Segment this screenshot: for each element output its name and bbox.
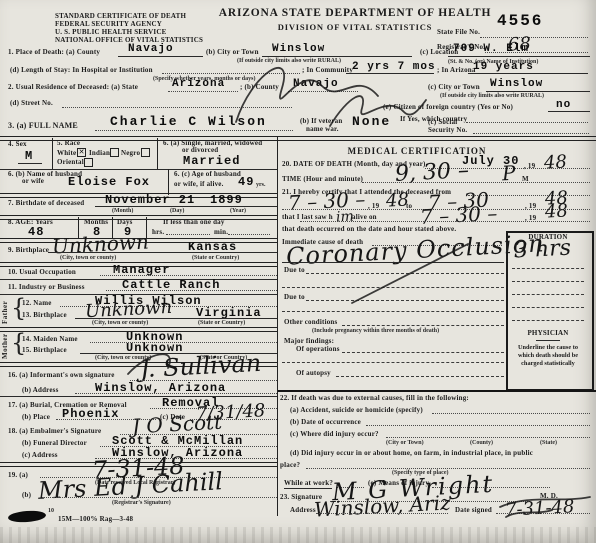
page-title: ARIZONA STATE DEPARTMENT OF HEALTH [190, 8, 520, 20]
checkbox-negro [141, 148, 150, 157]
injury-occur-label: (d) Did injury occur in or about home, o… [290, 450, 533, 457]
embalmer-signature-handwritten: J O Scott [132, 412, 223, 437]
residence-label: 2. Usual Residence of Deceased: (a) Stat… [8, 84, 138, 91]
major-findings-label: Major findings: [284, 338, 334, 345]
field-line [512, 294, 584, 295]
field-line [18, 163, 42, 164]
informant-signature-handwritten: J. Sullivan [139, 351, 261, 381]
field-line [62, 107, 292, 108]
field-line [466, 122, 588, 123]
date-signed-label: Date signed [455, 507, 492, 514]
citizen-label: (e) Citizen of foreign country (Yes or N… [383, 104, 513, 111]
birthdate-year-value: 1899 [210, 194, 243, 206]
length-of-stay-label: (d) Length of Stay: In Hospital or Insti… [10, 67, 153, 74]
rural-note: (If outside city limits also write RURAL… [440, 93, 544, 99]
field-line [48, 252, 277, 253]
cell-divider [52, 138, 53, 169]
field-line [282, 362, 504, 363]
field-line [75, 393, 277, 394]
industry-label: 11. Industry or Business [8, 284, 85, 291]
field-line [342, 325, 504, 326]
divider [0, 396, 277, 397]
state-file-label: State File No. [437, 29, 480, 36]
field-line [288, 91, 358, 92]
county-value: Navajo [128, 44, 174, 55]
other-conditions-label: Other conditions [284, 319, 337, 326]
last-saw-year-handwritten: 48 [545, 202, 569, 221]
field-line [386, 437, 590, 438]
mother-side-label: Mother [1, 333, 9, 359]
field-line [512, 268, 584, 269]
field-line [432, 413, 590, 414]
embalmer-signature-label: 18. (a) Embalmer's Signature [8, 428, 101, 435]
physician-note: Underline the cause to which death shoul… [510, 344, 586, 368]
field-line [300, 221, 590, 222]
day-note: (Day) [170, 208, 184, 214]
city-label: (b) City or Town [206, 49, 259, 56]
field-line [496, 513, 590, 514]
field-line [512, 320, 584, 321]
column-divider [277, 136, 278, 516]
year-note: (Year) [230, 208, 246, 214]
funeral-address-label: (c) Address [22, 452, 58, 459]
state-note: (State or Country) [192, 255, 239, 261]
residence-city-value: Winslow [490, 79, 543, 90]
field-line [90, 342, 277, 343]
of-autopsy-label: Of autopsy [296, 370, 331, 377]
cell-divider [168, 169, 169, 195]
printers-union-stamp-icon [8, 510, 47, 524]
death-certificate-scan: STANDARD CERTIFICATE OF DEATH FEDERAL SE… [0, 0, 596, 543]
mother-maiden-label: 14. Maiden Name [22, 336, 78, 343]
field-line [282, 287, 504, 288]
external-causes-label: 22. If death was due to external causes,… [280, 395, 469, 402]
race-label: 5. Race [57, 140, 80, 147]
field-line [512, 307, 584, 308]
ssn-label: Security No. [428, 127, 467, 134]
veteran-label: name war. [306, 126, 339, 133]
field-line [486, 91, 590, 92]
birthdate-label: 7. Birthdate of deceased [8, 200, 84, 207]
checkbox-oriental [84, 158, 93, 167]
field-line [548, 111, 590, 112]
hrs-label: hrs. [152, 229, 164, 236]
where-injury-label: (c) Where did injury occur? [290, 431, 379, 438]
race-option-negro: Negro [121, 150, 140, 157]
field-line [166, 234, 210, 235]
spouse-value: Eloise Fox [68, 176, 150, 188]
funeral-director-label: (b) Funeral Director [22, 440, 87, 447]
field-line [162, 73, 300, 74]
city-note: (City, town or county) [60, 255, 116, 261]
full-name-value: Charlie C Wilson [110, 115, 267, 128]
citizen-value: no [556, 100, 571, 111]
veteran-value: None [352, 115, 391, 128]
time-ampm-handwritten: P [501, 163, 515, 184]
physician-label: PHYSICIAN [508, 330, 588, 337]
checkbox-indian [110, 148, 119, 157]
field-line [473, 133, 589, 134]
ssn-label: (c) Social [428, 119, 457, 126]
cell-divider [157, 138, 158, 169]
pregnancy-note: (Include pregnancy within three months o… [312, 328, 439, 334]
race-option-indian: Indian [89, 150, 110, 157]
last-saw-label: that I last saw h [282, 214, 333, 221]
date-of-death-year-handwritten: 48 [544, 153, 568, 172]
occupation-label: 10. Usual Occupation [8, 269, 76, 276]
physician-address-label: Address [290, 507, 316, 514]
checkbox-white-checked: ✕ [77, 148, 86, 157]
state-note: (State or Country) [198, 320, 245, 326]
race-option-white: White [57, 150, 76, 157]
field-line [284, 488, 332, 489]
state-note: (State) [540, 440, 557, 446]
date-received-label: 19. (a) [8, 472, 28, 479]
yrs-note: yrs. [256, 182, 266, 188]
mother-birthplace-label: 15. Birthplace [22, 347, 67, 354]
physician-address-handwritten: Winslow, Ariz [314, 492, 451, 519]
race-option-oriental: Oriental [57, 159, 84, 166]
date-signed-handwritten: 7-31-48 [505, 498, 575, 520]
city-value: Winslow [272, 44, 325, 55]
location-value: 709 W. Elm [453, 44, 529, 55]
agency-line: FEDERAL SECURITY AGENCY [55, 21, 162, 28]
marital-label: or divorced [182, 147, 218, 154]
veteran-label: (b) If veteran [300, 118, 342, 125]
informant-address-label: (b) Address [22, 387, 59, 394]
field-line [480, 37, 588, 38]
field-line [512, 281, 584, 282]
county-note: (County) [470, 440, 493, 446]
spouse-age-label: 6. (c) Age of husband [174, 171, 241, 178]
field-line [536, 340, 560, 341]
father-side-label: Father [1, 298, 9, 324]
rural-note: (If outside city limits also write RURAL… [237, 58, 341, 64]
field-line [100, 275, 277, 276]
father-birthplace-label: 13. Birthplace [22, 312, 67, 319]
street-no-label: (d) Street No. [10, 100, 53, 107]
field-line [468, 73, 588, 74]
field-line [262, 56, 412, 57]
place-of-death-label: 1. Place of Death: (a) County [8, 49, 100, 56]
registrar-sig-note: (Registrar's Signature) [112, 500, 171, 506]
spouse-age-label: or wife, if alive. [174, 181, 224, 188]
sex-label: 4. Sex [8, 141, 27, 148]
of-operations-label: Of operations [296, 346, 340, 353]
print-code: 15M—100% Rag—3-48 [58, 516, 133, 523]
city-town-note: (City or Town) [386, 440, 424, 446]
duration-value-handwritten: 3 hrs [513, 238, 571, 263]
father-name-label: 12. Name [22, 300, 52, 307]
field-line [228, 234, 270, 235]
due-to-label: Due to [284, 294, 305, 301]
marital-value: Married [183, 155, 240, 167]
full-name-label: 3. (a) FULL NAME [8, 122, 78, 130]
stamp-number: 10 [48, 508, 54, 514]
less-than-day-label: If less than one day [163, 219, 225, 226]
time-of-death-label: TIME (Hour and minute) [282, 176, 363, 183]
residence-county-label: ; (b) County [240, 84, 279, 91]
month-note: (Month) [112, 208, 133, 214]
field-line [366, 425, 590, 426]
informant-signature-label: 16. (a) Informant's own signature [8, 372, 115, 379]
field-line [336, 376, 504, 377]
residence-state-value: Arizona [172, 79, 225, 90]
field-line [316, 513, 448, 514]
field-line [168, 91, 238, 92]
alive-on-label: alive on [352, 214, 377, 221]
field-line [306, 300, 504, 301]
death-occurred-label: that death occurred on the date and hour… [282, 226, 456, 233]
field-line [95, 130, 293, 131]
burial-place-label: (b) Place [22, 414, 50, 421]
divider [278, 390, 596, 392]
place-label: place? [280, 462, 300, 469]
field-line [282, 311, 504, 312]
birthplace-label: 9. Birthplace [8, 247, 49, 254]
city-note: (City, town or county) [92, 320, 148, 326]
divider [0, 136, 596, 141]
birthdate-monthday-value: November 21 [105, 194, 195, 206]
while-at-work-label: While at work? [284, 480, 333, 487]
accident-label: (a) Accident, suicide or homicide (speci… [290, 407, 423, 414]
due-to-label: Due to [284, 267, 305, 274]
field-line [282, 262, 504, 263]
residence-county-value: Navajo [293, 79, 339, 90]
residence-city-label: (c) City or Town [428, 84, 480, 91]
min-label: min. [214, 229, 228, 236]
agency-line: U. S. PUBLIC HEALTH SERVICE [55, 29, 166, 36]
field-line [346, 73, 434, 74]
occurrence-date-label: (b) Date of occurrence [290, 419, 361, 426]
field-line [362, 182, 590, 183]
field-line [106, 290, 277, 291]
last-saw-date-handwritten: 7 – 30 – [420, 203, 498, 227]
spouse-label: or wife [22, 178, 44, 185]
age-years-value: 48 [28, 226, 44, 238]
field-line [118, 56, 203, 57]
field-line [306, 468, 590, 469]
arizona-stay-value: 19 years [473, 62, 534, 73]
registrar-signature-label: (b) [22, 492, 31, 499]
field-line [40, 497, 277, 498]
field-line [75, 318, 277, 319]
field-line [342, 352, 504, 353]
sex-value: M [25, 150, 33, 162]
community-stay-value: 2 yrs 7 mos [352, 62, 436, 73]
field-line [448, 56, 590, 57]
state-file-number: 4556 [497, 13, 543, 29]
agency-line: STANDARD CERTIFICATE OF DEATH [55, 13, 186, 20]
field-line [95, 206, 277, 207]
spouse-age-value: 49 [238, 176, 254, 188]
field-line [306, 273, 504, 274]
